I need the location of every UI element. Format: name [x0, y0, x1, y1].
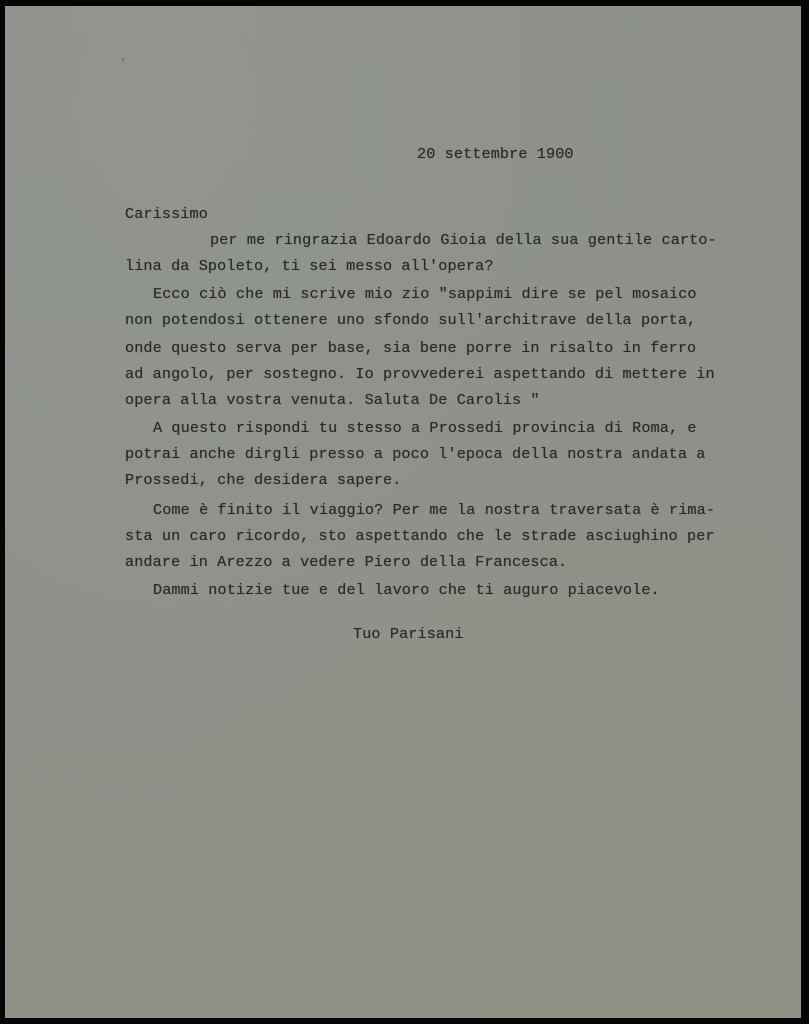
letter-closing: Tuo Parisani [353, 625, 464, 643]
letter-line-10: Prossedi, che desidera sapere. [125, 471, 401, 489]
letter-line-5: onde questo serva per base, sia bene por… [125, 339, 696, 357]
paper-speck [122, 58, 124, 61]
letter-line-9: potrai anche dirgli presso a poco l'epoc… [125, 445, 705, 463]
letter-salutation: Carissimo [125, 205, 208, 223]
letter-line-3: Ecco ciò che mi scrive mio zio "sappimi … [153, 285, 697, 303]
letter-line-12: sta un caro ricordo, sto aspettando che … [125, 527, 715, 545]
letter-line-14: Dammi notizie tue e del lavoro che ti au… [153, 581, 660, 599]
letter-line-6: ad angolo, per sostegno. Io provvederei … [125, 365, 715, 383]
letter-line-1: per me ringrazia Edoardo Gioia della sua… [210, 231, 717, 249]
letter-page: 20 settembre 1900 Carissimo per me ringr… [5, 6, 801, 1018]
letter-line-2: lina da Spoleto, ti sei messo all'opera? [125, 257, 494, 275]
letter-line-13: andare in Arezzo a vedere Piero della Fr… [125, 553, 567, 571]
letter-line-7: opera alla vostra venuta. Saluta De Caro… [125, 391, 540, 409]
letter-date: 20 settembre 1900 [417, 145, 574, 163]
letter-line-8: A questo rispondi tu stesso a Prossedi p… [153, 419, 697, 437]
letter-line-4: non potendosi ottenere uno sfondo sull'a… [125, 311, 696, 329]
letter-line-11: Come è finito il viaggio? Per me la nost… [153, 501, 715, 519]
